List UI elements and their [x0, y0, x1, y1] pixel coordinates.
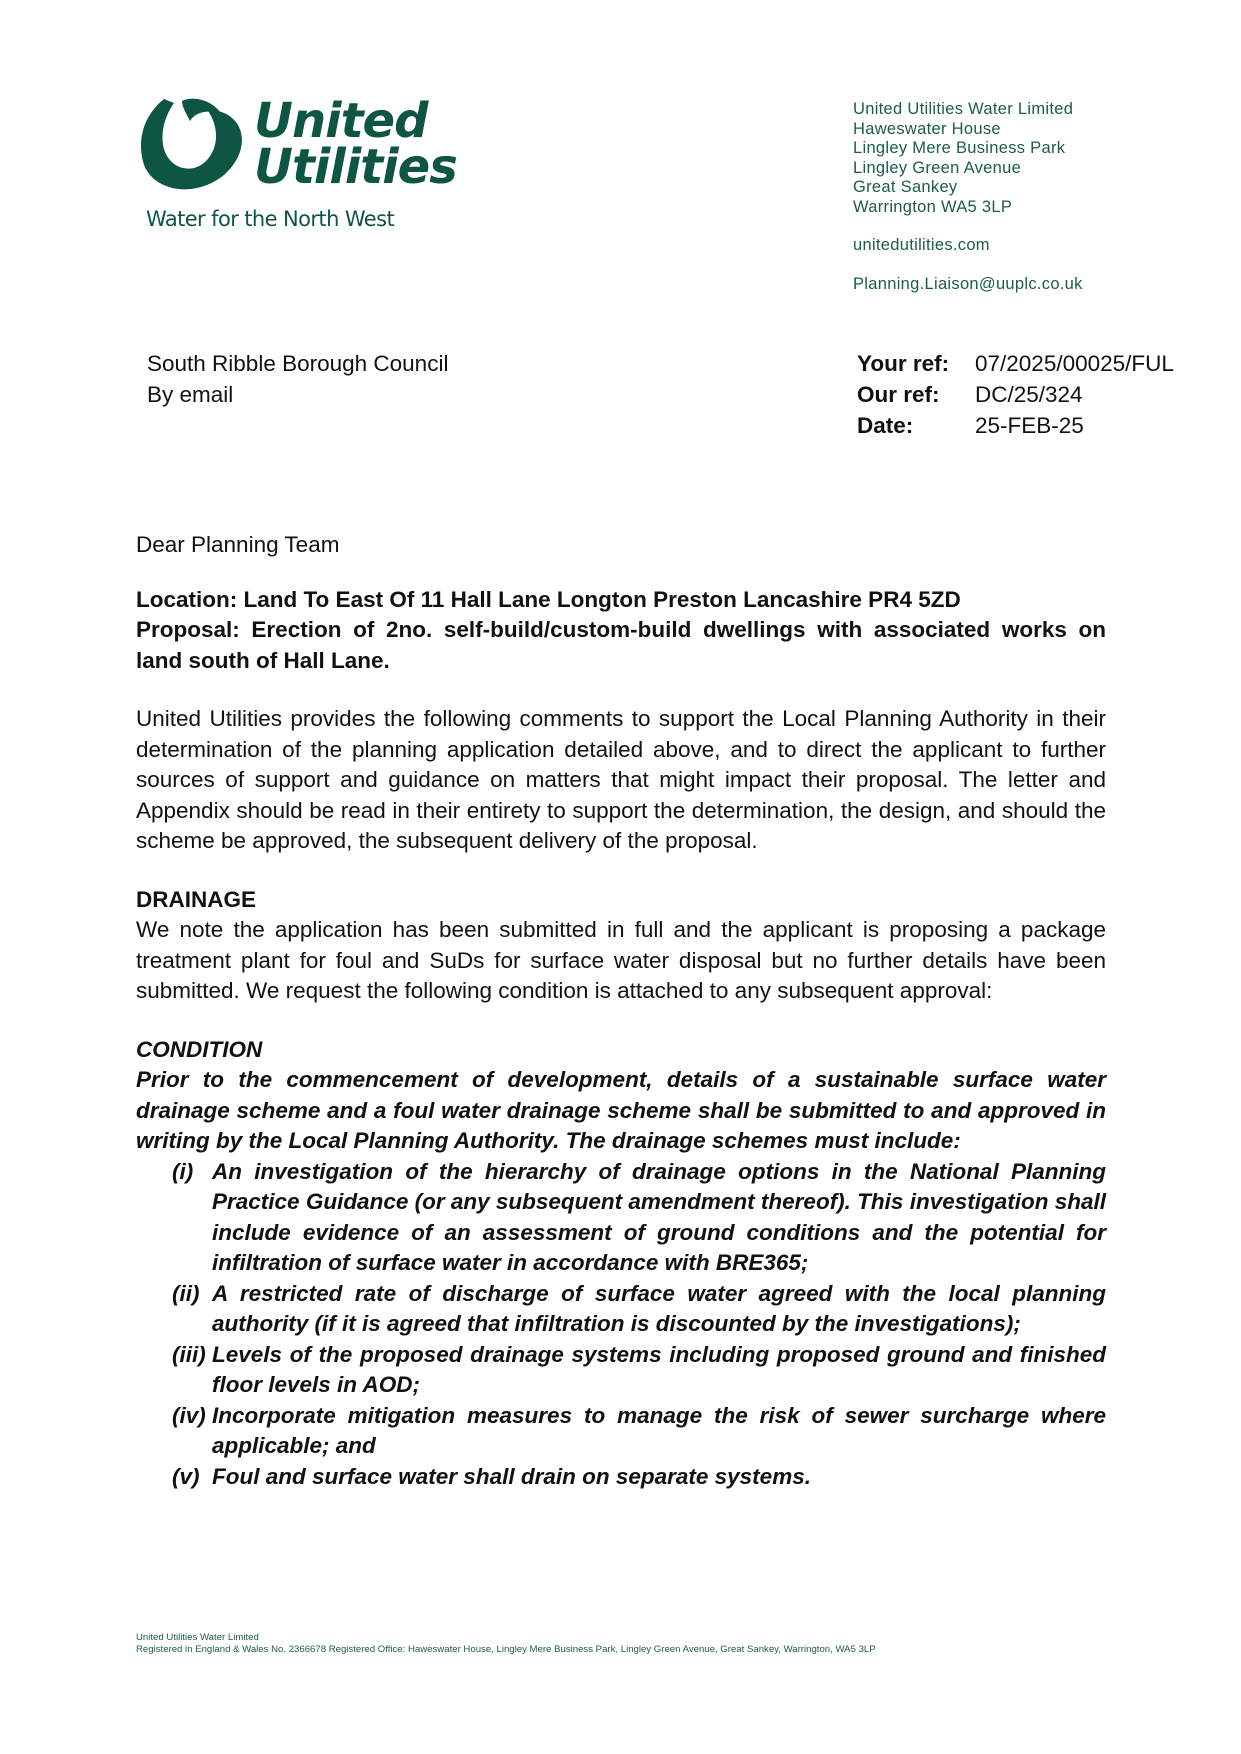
- address-line: Great Sankey: [853, 178, 1083, 198]
- ref-label: Your ref:: [857, 348, 975, 379]
- salutation: Dear Planning Team: [136, 530, 1106, 561]
- list-item: (ii)A restricted rate of discharge of su…: [136, 1279, 1106, 1340]
- brand-name-line1: United: [254, 97, 427, 145]
- brand-name-line2: Utilities: [254, 143, 457, 191]
- item-number: (i): [136, 1157, 212, 1279]
- reference-block: Your ref: 07/2025/00025/FUL Our ref: DC/…: [857, 348, 1174, 441]
- ref-value: 25-FEB-25: [975, 410, 1084, 441]
- item-text: Levels of the proposed drainage systems …: [212, 1340, 1106, 1401]
- our-ref-row: Our ref: DC/25/324: [857, 379, 1174, 410]
- recipient-method: By email: [147, 379, 448, 410]
- website-link[interactable]: unitedutilities.com: [853, 236, 1083, 256]
- item-text: An investigation of the hierarchy of dra…: [212, 1157, 1106, 1279]
- item-text: A restricted rate of discharge of surfac…: [212, 1279, 1106, 1340]
- address-line: Lingley Green Avenue: [853, 159, 1083, 179]
- ref-value: 07/2025/00025/FUL: [975, 348, 1174, 379]
- drop-logo-icon: [134, 95, 246, 195]
- recipient-name: South Ribble Borough Council: [147, 348, 448, 379]
- list-item: (iii)Levels of the proposed drainage sys…: [136, 1340, 1106, 1401]
- list-item: (iv)Incorporate mitigation measures to m…: [136, 1401, 1106, 1462]
- item-text: Incorporate mitigation measures to manag…: [212, 1401, 1106, 1462]
- email-link[interactable]: Planning.Liaison@uuplc.co.uk: [853, 275, 1083, 295]
- address-line: United Utilities Water Limited: [853, 100, 1083, 120]
- location-line: Location: Land To East Of 11 Hall Lane L…: [136, 585, 1106, 616]
- condition-paragraph: Prior to the commencement of development…: [136, 1065, 1106, 1157]
- item-number: (ii): [136, 1279, 212, 1340]
- item-number: (iii): [136, 1340, 212, 1401]
- letter-body: Dear Planning Team Location: Land To Eas…: [136, 530, 1106, 1492]
- date-row: Date: 25-FEB-25: [857, 410, 1174, 441]
- address-line: Haweswater House: [853, 120, 1083, 140]
- intro-paragraph: United Utilities provides the following …: [136, 704, 1106, 857]
- ref-value: DC/25/324: [975, 379, 1083, 410]
- list-item: (v)Foul and surface water shall drain on…: [136, 1462, 1106, 1493]
- footer-registration: Registered in England & Wales No. 236667…: [136, 1644, 876, 1656]
- drainage-paragraph: We note the application has been submitt…: [136, 915, 1106, 1007]
- item-text: Foul and surface water shall drain on se…: [212, 1462, 1106, 1493]
- address-line: Warrington WA5 3LP: [853, 198, 1083, 218]
- your-ref-row: Your ref: 07/2025/00025/FUL: [857, 348, 1174, 379]
- footer: United Utilities Water Limited Registere…: [136, 1632, 876, 1656]
- ref-label: Date:: [857, 410, 975, 441]
- brand-tagline: Water for the North West: [146, 207, 394, 231]
- company-logo: United Utilities Water for the North Wes…: [134, 95, 434, 235]
- drainage-heading: DRAINAGE: [136, 885, 1106, 916]
- condition-heading: CONDITION: [136, 1035, 1106, 1066]
- list-item: (i)An investigation of the hierarchy of …: [136, 1157, 1106, 1279]
- sender-address: United Utilities Water Limited Haweswate…: [853, 100, 1083, 294]
- ref-label: Our ref:: [857, 379, 975, 410]
- item-number: (v): [136, 1462, 212, 1493]
- proposal-line: Proposal: Erection of 2no. self-build/cu…: [136, 615, 1106, 676]
- item-number: (iv): [136, 1401, 212, 1462]
- condition-list: (i)An investigation of the hierarchy of …: [136, 1157, 1106, 1493]
- recipient-block: South Ribble Borough Council By email: [147, 348, 448, 410]
- footer-company: United Utilities Water Limited: [136, 1632, 876, 1644]
- address-line: Lingley Mere Business Park: [853, 139, 1083, 159]
